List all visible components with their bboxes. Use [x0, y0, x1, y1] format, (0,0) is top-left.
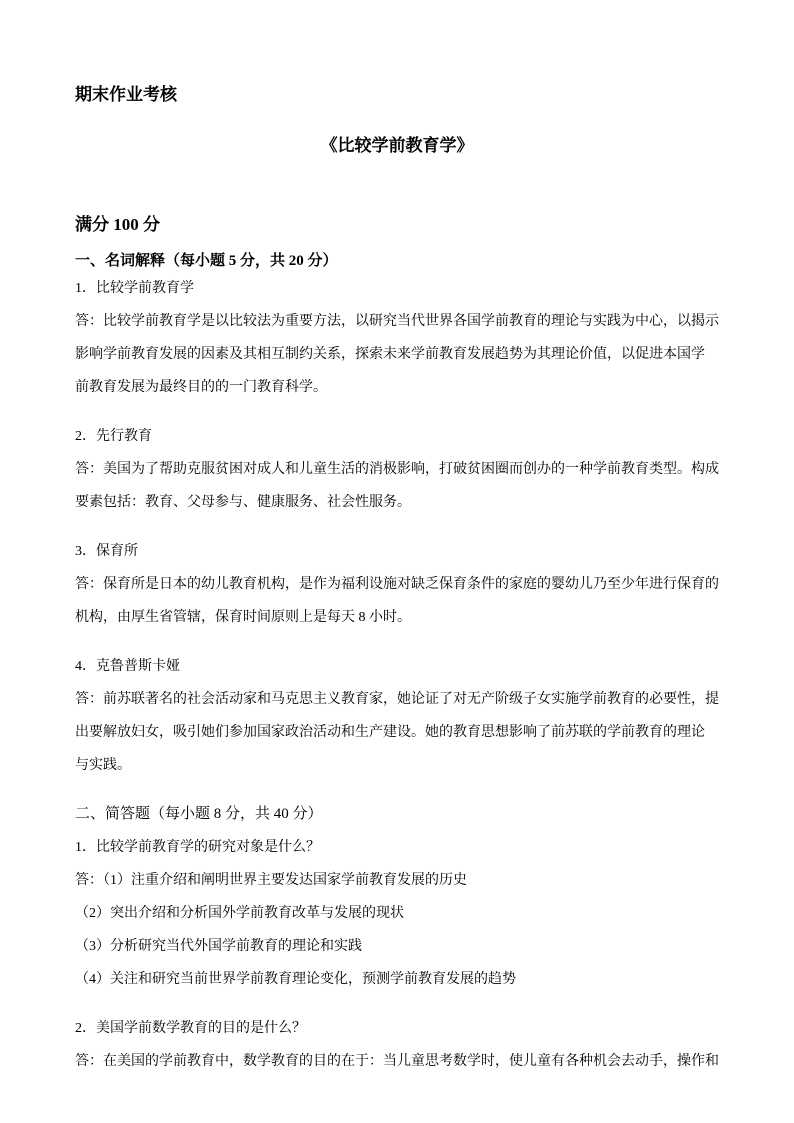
- document-page: 期末作业考核 《比较学前教育学》 满分 100 分 一、名词解释（每小题 5 分…: [0, 0, 794, 1123]
- answer-line: 答：比较学前教育学是以比较法为重要方法，以研究当代世界各国学前教育的理论与实践为…: [75, 305, 719, 338]
- question-title: 2．先行教育: [75, 420, 719, 453]
- question-block-4: 4．克鲁普斯卡娅 答：前苏联著名的社会活动家和马克思主义教育家，她论证了对无产阶…: [75, 650, 719, 782]
- answer-line: 要素包括：教育、父母参与、健康服务、社会性服务。: [75, 486, 719, 519]
- answer-line: 答：（1）注重介绍和阐明世界主要发达国家学前教育发展的历史: [75, 864, 719, 897]
- answer-line: 答：在美国的学前教育中，数学教育的目的在于：当儿童思考数学时，使儿童有各种机会去…: [75, 1045, 719, 1078]
- question-title: 4．克鲁普斯卡娅: [75, 650, 719, 683]
- doc-header: 期末作业考核: [75, 82, 719, 108]
- question-block-6: 2．美国学前数学教育的目的是什么？ 答：在美国的学前教育中，数学教育的目的在于：…: [75, 1012, 719, 1078]
- answer-line: 出要解放妇女，吸引她们参加国家政治活动和生产建设。她的教育思想影响了前苏联的学前…: [75, 716, 719, 749]
- section-1-heading: 一、名词解释（每小题 5 分，共 20 分）: [75, 250, 719, 272]
- question-title: 2．美国学前数学教育的目的是什么？: [75, 1012, 719, 1045]
- answer-line: 答：前苏联著名的社会活动家和马克思主义教育家，她论证了对无产阶级子女实施学前教育…: [75, 683, 719, 716]
- question-title: 3．保育所: [75, 535, 719, 568]
- answer-list-item: （2）突出介绍和分析国外学前教育改革与发展的现状: [75, 897, 719, 930]
- answer-line: 机构，由厚生省管辖，保育时间原则上是每天 8 小时。: [75, 601, 719, 634]
- section-2-heading: 二、简答题（每小题 8 分，共 40 分）: [75, 798, 719, 831]
- course-title: 《比较学前教育学》: [75, 133, 719, 159]
- answer-line: 影响学前教育发展的因素及其相互制约关系，探索未来学前教育发展趋势为其理论价值，以…: [75, 338, 719, 371]
- score-line: 满分 100 分: [75, 212, 719, 238]
- question-block-2: 2．先行教育 答：美国为了帮助克服贫困对成人和儿童生活的消极影响，打破贫困圈而创…: [75, 420, 719, 519]
- answer-line: 答：美国为了帮助克服贫困对成人和儿童生活的消极影响，打破贫困圈而创办的一种学前教…: [75, 453, 719, 486]
- answer-line: 答：保育所是日本的幼儿教育机构，是作为福利设施对缺乏保育条件的家庭的婴幼儿乃至少…: [75, 568, 719, 601]
- answer-line: 前教育发展为最终目的的一门教育科学。: [75, 371, 719, 404]
- question-title: 1．比较学前教育学的研究对象是什么？: [75, 831, 719, 864]
- question-block-3: 3．保育所 答：保育所是日本的幼儿教育机构，是作为福利设施对缺乏保育条件的家庭的…: [75, 535, 719, 634]
- question-block-5: 1．比较学前教育学的研究对象是什么？ 答：（1）注重介绍和阐明世界主要发达国家学…: [75, 831, 719, 996]
- question-block-1: 1．比较学前教育学 答：比较学前教育学是以比较法为重要方法，以研究当代世界各国学…: [75, 272, 719, 404]
- answer-list-item: （3）分析研究当代外国学前教育的理论和实践: [75, 930, 719, 963]
- question-title: 1．比较学前教育学: [75, 272, 719, 305]
- answer-list-item: （4）关注和研究当前世界学前教育理论变化，预测学前教育发展的趋势: [75, 963, 719, 996]
- answer-line: 与实践。: [75, 749, 719, 782]
